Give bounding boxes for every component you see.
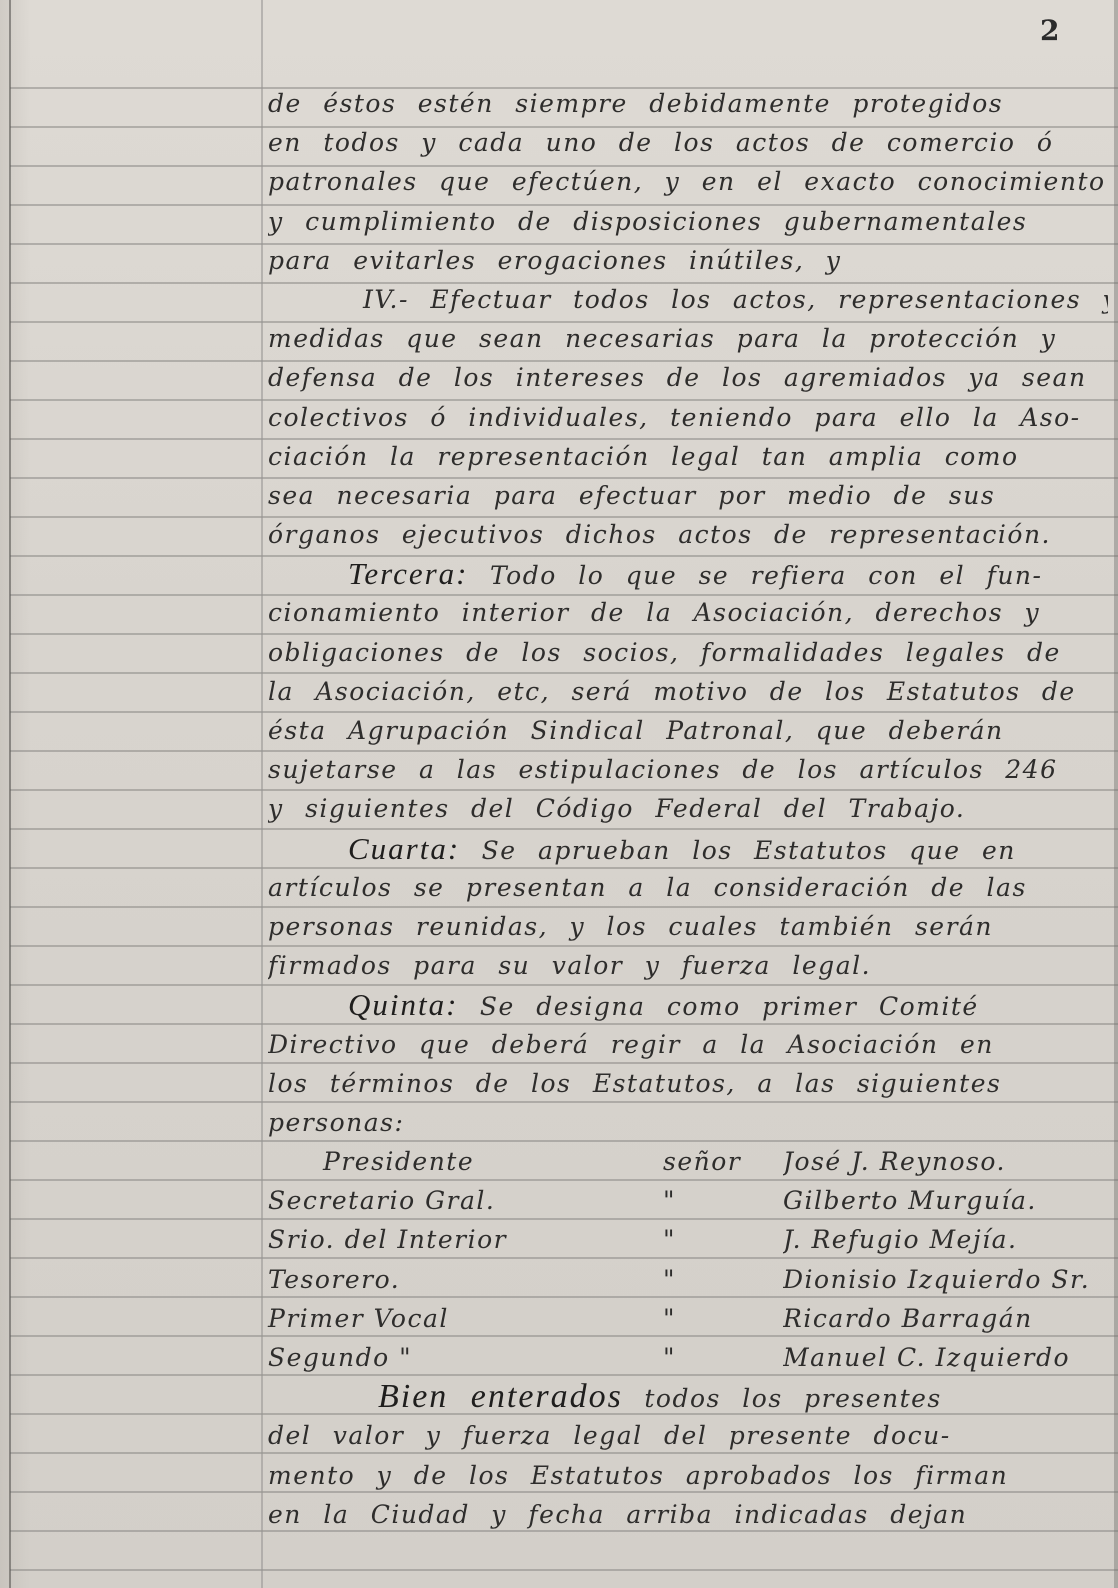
officer-row: Tesorero. " Dionisio Izquierdo Sr. — [268, 1260, 1108, 1299]
officer-role: Segundo " — [268, 1338, 663, 1377]
clause-text: Se aprueban los Estatutos que en — [482, 836, 1016, 865]
text-line: colectivos ó individuales, teniendo para… — [268, 398, 1108, 437]
text-line: en todos y cada uno de los actos de come… — [268, 123, 1108, 162]
clause-text: Efectuar todos los actos, representacion… — [430, 285, 1108, 314]
clause-text: Se designa como primer Comité — [480, 992, 979, 1021]
page-left-edge — [9, 0, 11, 1588]
text-line: los términos de los Estatutos, a las sig… — [268, 1064, 1108, 1103]
text-line: obligaciones de los socios, formalidades… — [268, 633, 1108, 672]
text-line: medidas que sean necesarias para la prot… — [268, 319, 1108, 358]
text-line: en la Ciudad y fecha arriba indicadas de… — [268, 1495, 1108, 1534]
officer-name: Manuel C. Izquierdo — [783, 1338, 1108, 1377]
clause-heading-cuarta: Cuarta: — [348, 831, 460, 866]
officer-name: Dionisio Izquierdo Sr. — [783, 1260, 1108, 1299]
officer-row: Srio. del Interior " J. Refugio Mejía. — [268, 1220, 1108, 1259]
text-line: de éstos estén siempre debidamente prote… — [268, 84, 1108, 123]
text-line: patronales que efectúen, y en el exacto … — [268, 162, 1108, 201]
clause-iv-first-line: IV.- Efectuar todos los actos, represent… — [268, 280, 1108, 319]
text-line: ésta Agrupación Sindical Patronal, que d… — [268, 711, 1108, 750]
text-line: ciación la representación legal tan ampl… — [268, 437, 1108, 476]
clause-text: Todo lo que se refiera con el fun- — [490, 561, 1043, 590]
officer-row: Secretario Gral. " Gilberto Murguía. — [268, 1181, 1108, 1220]
officer-title: " — [663, 1181, 783, 1220]
text-line: defensa de los intereses de los agremiad… — [268, 358, 1108, 397]
officer-title: " — [663, 1260, 783, 1299]
text-line: sea necesaria para efectuar por medio de… — [268, 476, 1108, 515]
text-line: y cumplimiento de disposiciones gubernam… — [268, 202, 1108, 241]
text-line: artículos se presentan a la consideració… — [268, 868, 1108, 907]
text-line: mento y de los Estatutos aprobados los f… — [268, 1456, 1108, 1495]
officer-name: Gilberto Murguía. — [783, 1181, 1108, 1220]
margin-line — [261, 0, 263, 1588]
closing-first-line: Bien enterados todos los presentes — [268, 1377, 1108, 1416]
text-line: órganos ejecutivos dichos actos de repre… — [268, 515, 1108, 554]
cuarta-first-line: Cuarta: Se aprueban los Estatutos que en — [268, 829, 1108, 868]
officer-role: Presidente — [268, 1142, 663, 1181]
closing-heading: Bien enterados — [378, 1378, 623, 1415]
officer-name: Ricardo Barragán — [783, 1299, 1108, 1338]
text-line: cionamiento interior de la Asociación, d… — [268, 593, 1108, 632]
officer-role: Tesorero. — [268, 1260, 663, 1299]
notebook-page: 2 de éstos estén siempre debidamente pro… — [0, 0, 1118, 1588]
officer-title: " — [663, 1299, 783, 1338]
officer-role: Srio. del Interior — [268, 1220, 663, 1259]
text-line: firmados para su valor y fuerza legal. — [268, 946, 1108, 985]
officers-list: Presidente señor José J. Reynoso. Secret… — [268, 1142, 1108, 1377]
clause-heading-quinta: Quinta: — [348, 987, 458, 1022]
text-line: Directivo que deberá regir a la Asociaci… — [268, 1025, 1108, 1064]
text-line: personas: — [268, 1103, 1108, 1142]
officer-title: señor — [663, 1142, 783, 1181]
page-right-edge — [1114, 0, 1118, 1588]
officer-role: Secretario Gral. — [268, 1181, 663, 1220]
handwritten-text: de éstos estén siempre debidamente prote… — [268, 84, 1108, 1534]
page-number: 2 — [1040, 14, 1059, 47]
officer-row: Segundo " " Manuel C. Izquierdo — [268, 1338, 1108, 1377]
officer-name: J. Refugio Mejía. — [783, 1220, 1108, 1259]
officer-title: " — [663, 1338, 783, 1377]
clause-heading-tercera: Tercera: — [348, 556, 468, 591]
officer-name: José J. Reynoso. — [783, 1142, 1108, 1181]
text-line: la Asociación, etc, será motivo de los E… — [268, 672, 1108, 711]
text-line: del valor y fuerza legal del presente do… — [268, 1416, 1108, 1455]
closing-text: todos los presentes — [644, 1384, 941, 1413]
officer-title: " — [663, 1220, 783, 1259]
quinta-first-line: Quinta: Se designa como primer Comité — [268, 985, 1108, 1024]
officer-row: Primer Vocal " Ricardo Barragán — [268, 1299, 1108, 1338]
text-line: para evitarles erogaciones inútiles, y — [268, 241, 1108, 280]
text-line: sujetarse a las estipulaciones de los ar… — [268, 750, 1108, 789]
tercera-first-line: Tercera: Todo lo que se refiera con el f… — [268, 554, 1108, 593]
clause-numeral: IV.- — [363, 285, 409, 314]
officer-role: Primer Vocal — [268, 1299, 663, 1338]
officer-row: Presidente señor José J. Reynoso. — [268, 1142, 1108, 1181]
text-line: y siguientes del Código Federal del Trab… — [268, 789, 1108, 828]
text-line: personas reunidas, y los cuales también … — [268, 907, 1108, 946]
